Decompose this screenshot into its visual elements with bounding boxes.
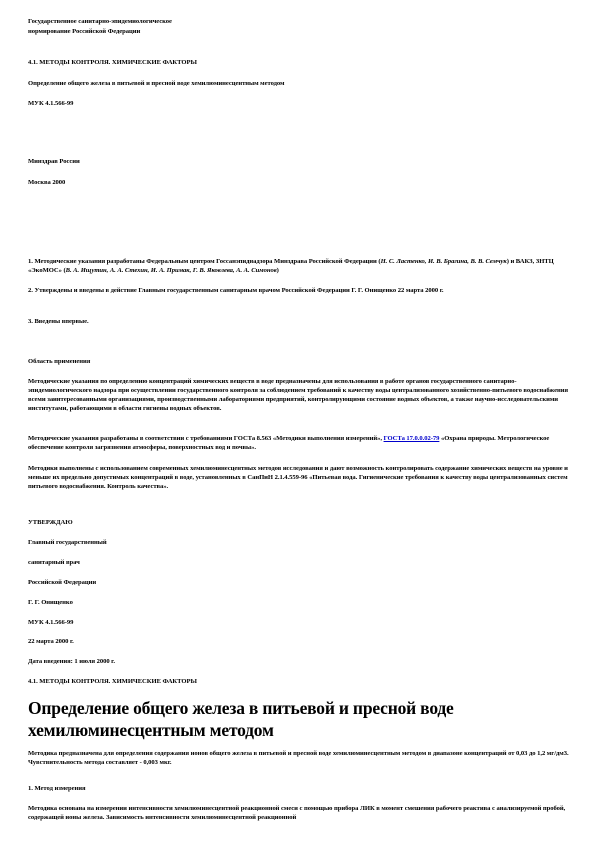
approver-title-3: Российской Федерации <box>28 578 573 587</box>
approval-code: МУК 4.1.566-99 <box>28 618 573 627</box>
scope-heading: Область применения <box>28 357 573 366</box>
scope-paragraph-1: Методические указания по определению кон… <box>28 377 573 413</box>
approver-title-1: Главный государственный <box>28 538 573 547</box>
preface-item-2: 2. Утверждены и введены в действие Главн… <box>28 286 573 295</box>
approval-date: 22 марта 2000 г. <box>28 637 573 646</box>
main-intro: Методика предназначена для определения с… <box>28 749 573 767</box>
org-line-2: нормирование Российской Федерации <box>28 27 573 36</box>
scope-paragraph-3: Методики выполнены с использованием совр… <box>28 464 573 491</box>
ministry: Минздрав России <box>28 157 573 166</box>
preface-item-1: 1. Методические указания разработаны Фед… <box>28 257 573 275</box>
main-title: Определение общего железа в питьевой и п… <box>28 697 573 741</box>
approval-label: УТВЕРЖДАЮ <box>28 518 573 527</box>
effective-date: Дата введения: 1 июля 2000 г. <box>28 657 573 666</box>
authors-group-1: Н. С. Ластенко, И. В. Брагина, В. В. Сем… <box>381 258 507 265</box>
approver-title-2: санитарный врач <box>28 558 573 567</box>
document-subtitle: Определение общего железа в питьевой и п… <box>28 79 573 88</box>
preface-item-3: 3. Введены впервые. <box>28 317 573 326</box>
method-text: Методика основана на измерении интенсивн… <box>28 804 573 822</box>
org-line-1: Государственное санитарно-эпидемиологиче… <box>28 17 573 26</box>
main-section-heading: 4.1. МЕТОДЫ КОНТРОЛЯ. ХИМИЧЕСКИЕ ФАКТОРЫ <box>28 677 573 686</box>
city-year: Москва 2000 <box>28 178 573 187</box>
authors-group-2: В. А. Ищутин, А. А. Стехин, И. А. Примак… <box>66 267 277 274</box>
scope-paragraph-2: Методические указания разработаны в соот… <box>28 434 573 452</box>
method-heading: 1. Метод измерения <box>28 784 573 793</box>
section-heading: 4.1. МЕТОДЫ КОНТРОЛЯ. ХИМИЧЕСКИЕ ФАКТОРЫ <box>28 58 573 67</box>
approver-name: Г. Г. Онищенко <box>28 598 573 607</box>
document-code: МУК 4.1.566-99 <box>28 99 573 108</box>
gost-link[interactable]: ГОСТа 17.0.0.02-79 <box>384 435 440 442</box>
